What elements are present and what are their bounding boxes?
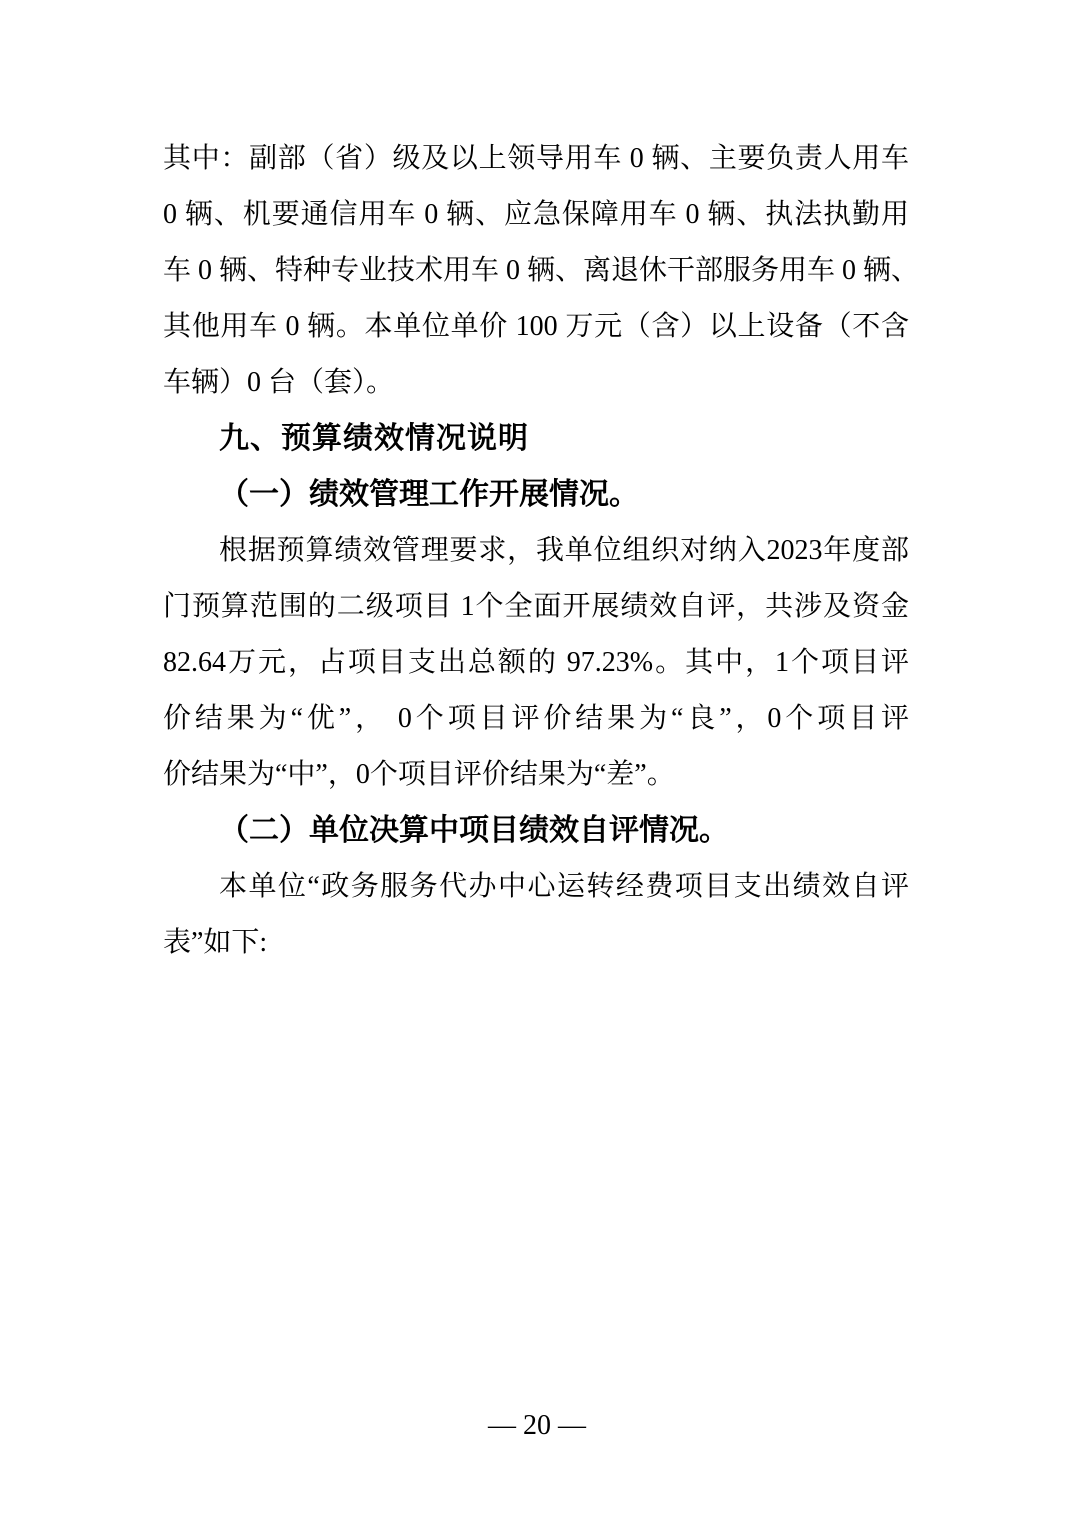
body-line: 价结果为“优”， 0个项目评价结果为“良”，0个项目评: [163, 691, 909, 747]
section-heading: 九、预算绩效情况说明: [163, 411, 909, 467]
subsection-heading: （一）绩效管理工作开展情况。: [163, 467, 909, 523]
body-line: 其中：副部（省）级及以上领导用车 0 辆、主要负责人用车: [163, 131, 909, 187]
body-line: 车 0 辆、特种专业技术用车 0 辆、离退休干部服务用车 0 辆、: [163, 243, 909, 299]
page-body: 其中：副部（省）级及以上领导用车 0 辆、主要负责人用车 0 辆、机要通信用车 …: [163, 131, 909, 971]
body-line: 车辆）0 台（套）。: [163, 355, 909, 411]
body-line: 其他用车 0 辆。本单位单价 100 万元（含）以上设备（不含: [163, 299, 909, 355]
body-line: 根据预算绩效管理要求，我单位组织对纳入2023年度部: [163, 523, 909, 579]
body-line: 本单位“政务服务代办中心运转经费项目支出绩效自评: [163, 859, 909, 915]
body-line: 门预算范围的二级项目 1个全面开展绩效自评，共涉及资金: [163, 579, 909, 635]
document-page: 其中：副部（省）级及以上领导用车 0 辆、主要负责人用车 0 辆、机要通信用车 …: [0, 0, 1074, 1520]
subsection-heading: （二）单位决算中项目绩效自评情况。: [163, 803, 909, 859]
body-line: 表”如下:: [163, 915, 909, 971]
body-line: 价结果为“中”，0个项目评价结果为“差”。: [163, 747, 909, 803]
body-line: 82.64万元，占项目支出总额的 97.23%。其中，1个项目评: [163, 635, 909, 691]
page-number: — 20 —: [0, 1410, 1074, 1442]
body-line: 0 辆、机要通信用车 0 辆、应急保障用车 0 辆、执法执勤用: [163, 187, 909, 243]
